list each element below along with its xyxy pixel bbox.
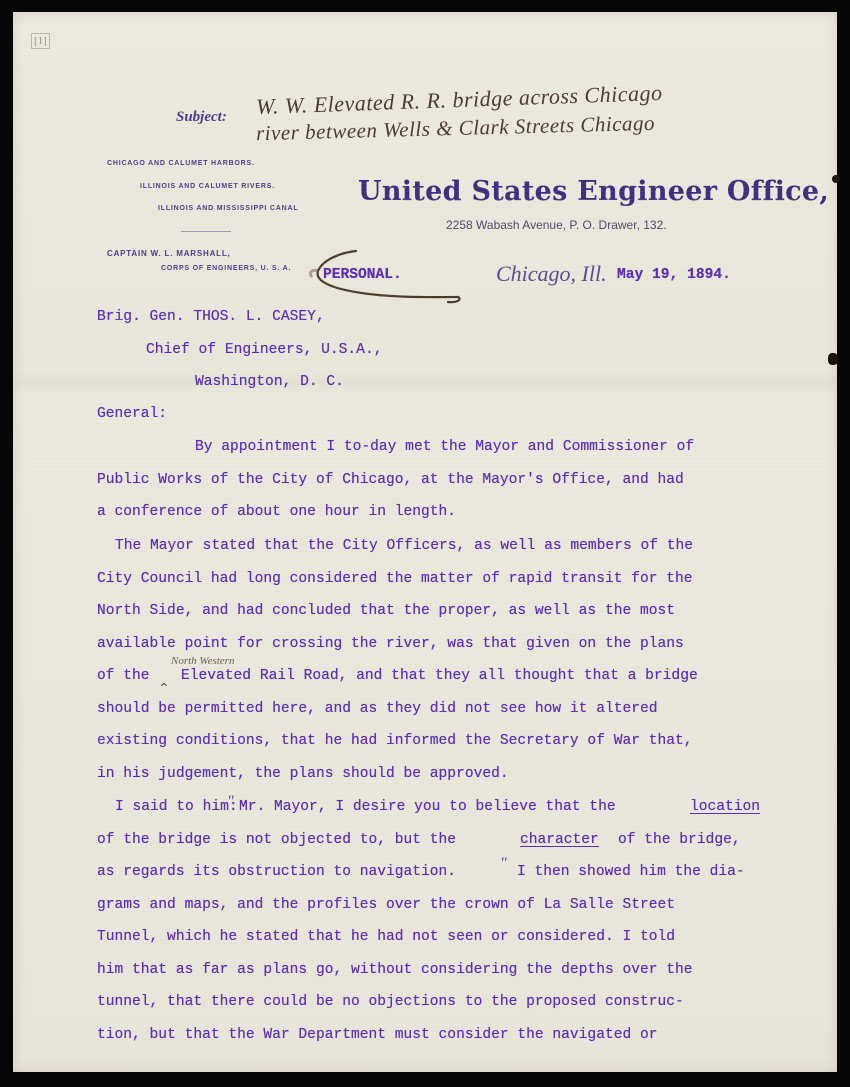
body-line: Public Works of the City of Chicago, at … — [97, 472, 684, 488]
body-line: a conference of about one hour in length… — [97, 504, 456, 520]
body-line: as regards its obstruction to navigation… — [97, 864, 456, 880]
body-line: Mr. Mayor, I desire you to believe that … — [239, 799, 616, 815]
office-title: United States Engineer Office, — [358, 176, 829, 207]
body-line: tunnel, that there could be no objection… — [97, 994, 684, 1010]
underlined-word-character: character — [520, 832, 599, 848]
body-line: I said to him: — [115, 799, 238, 815]
office-address: 2258 Wabash Avenue, P. O. Drawer, 132. — [446, 218, 667, 232]
body-line: I then showed him the dia- — [517, 864, 745, 880]
body-line: of the bridge, — [618, 832, 741, 848]
recipient-line-1: Brig. Gen. THOS. L. CASEY, — [97, 309, 325, 325]
body-line: Elevated Rail Road, and that they all th… — [181, 668, 698, 684]
recipient-line-3: Washington, D. C. — [195, 374, 344, 390]
letterhead-officer: Captain W. L. Marshall, — [107, 249, 231, 258]
body-line: By appointment I to-day met the Mayor an… — [195, 439, 694, 455]
letterhead-corps: Corps of Engineers, U. S. A. — [161, 265, 291, 272]
personal-marking: PERSONAL. — [323, 267, 402, 283]
body-line: of the — [97, 668, 150, 684]
body-line: of the bridge is not objected to, but th… — [97, 832, 456, 848]
body-line: existing conditions, that he had informe… — [97, 733, 693, 749]
letter-page: [1] Subject: W. W. Elevated R. R. bridge… — [13, 12, 837, 1072]
body-line: available point for crossing the river, … — [97, 636, 684, 652]
body-line: in his judgement, the plans should be ap… — [97, 766, 509, 782]
letterhead-divider — [181, 231, 231, 232]
body-line: The Mayor stated that the City Officers,… — [115, 538, 693, 554]
letterhead-district-3: Illinois and Mississippi Canal — [158, 205, 298, 212]
paper-edge-damage — [828, 353, 838, 365]
letterhead-district-2: Illinois and Calumet Rivers. — [140, 183, 275, 190]
body-line: City Council had long considered the mat… — [97, 571, 693, 587]
body-line: Tunnel, which he stated that he had not … — [97, 929, 675, 945]
paper-edge-damage — [832, 175, 840, 183]
recipient-line-2: Chief of Engineers, U.S.A., — [146, 342, 382, 358]
body-line: tion, but that the War Department must c… — [97, 1027, 658, 1043]
insertion-caret-icon: ⌃ — [158, 680, 170, 697]
folio-mark: [1] — [31, 33, 50, 49]
salutation: General: — [97, 406, 167, 422]
body-line: grams and maps, and the profiles over th… — [97, 897, 675, 913]
letterhead-place: Chicago, Ill. — [496, 261, 607, 287]
subject-label: Subject: — [176, 109, 227, 126]
body-line: North Side, and had concluded that the p… — [97, 603, 675, 619]
underlined-word-location: location — [690, 799, 760, 815]
letterhead-district-1: Chicago and Calumet Harbors. — [107, 160, 255, 167]
handwritten-insertion: North Western — [171, 655, 234, 667]
body-line: should be permitted here, and as they di… — [97, 701, 658, 717]
body-line: him that as far as plans go, without con… — [97, 962, 693, 978]
letter-date: May 19, 1894. — [617, 267, 731, 283]
close-quote-mark: " — [500, 855, 507, 873]
open-quote-mark: " — [227, 793, 234, 811]
